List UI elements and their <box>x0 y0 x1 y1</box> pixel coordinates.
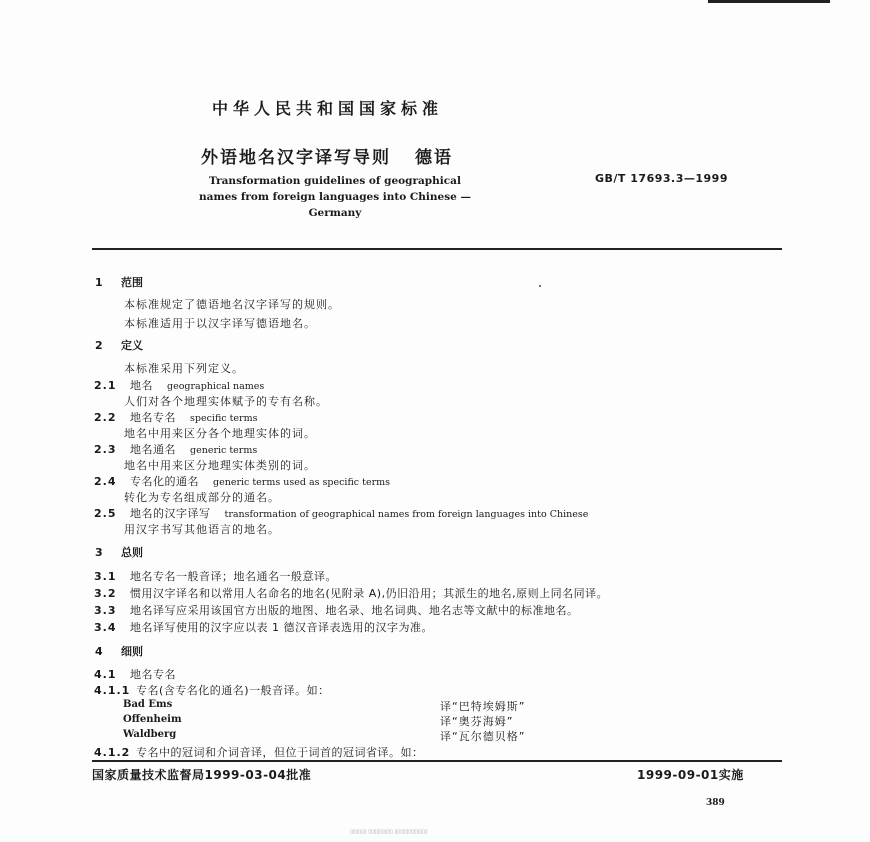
rule-4-1-2: 4.1.2专名中的冠词和介词音译，但位于词首的冠词省译。如： <box>94 744 424 760</box>
example-german-name: Bad Ems <box>123 699 172 710</box>
example-german-name: Offenheim <box>123 714 182 725</box>
section-1-heading: 1范围 <box>95 274 143 290</box>
title-language: 德语 <box>415 148 453 168</box>
definition-text: 人们对各个地理实体赋予的专有名称。 <box>124 393 328 409</box>
example-german-name: Waldberg <box>123 729 176 740</box>
section-4-heading: 4细则 <box>95 643 143 659</box>
implementation-date: 1999-09-01实施 <box>637 766 744 783</box>
definition-term: 2.2地名专名specific terms <box>94 409 257 425</box>
example-chinese-name: 译“瓦尔德贝格” <box>440 728 525 744</box>
definition-text: 地名中用来区分各个地理实体的词。 <box>124 425 316 441</box>
title-main: 外语地名汉字译写导则 <box>201 148 391 168</box>
principle-item: 3.2惯用汉字译名和以常用人名命名的地名(见附录 A),仍旧沿用；其派生的地名,… <box>94 585 608 601</box>
section-1-paragraph: 本标准规定了德语地名汉字译写的规则。 <box>124 296 340 312</box>
scan-speck <box>539 285 541 287</box>
document-title-cn: 外语地名汉字译写导则德语 <box>201 143 453 168</box>
approval-date: 国家质量技术监督局1999-03-04批准 <box>92 766 311 783</box>
example-chinese-name: 译“巴特埃姆斯” <box>440 698 525 714</box>
definition-term: 2.5地名的汉字译写transformation of geographical… <box>94 505 588 521</box>
standard-number: GB/T 17693.3—1999 <box>595 172 728 185</box>
header-divider <box>92 248 782 250</box>
rule-4-1-1: 4.1.1专名(含专名化的通名)一般音译。如： <box>94 682 330 698</box>
document-title-en: Transformation guidelines of geographica… <box>190 173 480 221</box>
principle-item: 3.3地名译写应采用该国官方出版的地图、地名录、地名词典、地名志等文献中的标准地… <box>94 602 579 618</box>
principle-item: 3.4地名译写使用的汉字应以表 1 德汉音译表选用的汉字为准。 <box>94 619 433 635</box>
definition-term: 2.3地名通名generic terms <box>94 441 257 457</box>
subsection-4-1-heading: 4.1地名专名 <box>94 666 176 682</box>
definition-text: 转化为专名组成部分的通名。 <box>124 489 280 505</box>
definition-term: 2.1地名geographical names <box>94 377 264 393</box>
section-3-heading: 3总则 <box>95 544 143 560</box>
principle-item: 3.1地名专名一般音译；地名通名一般意译。 <box>94 568 337 584</box>
national-standard-heading: 中华人民共和国国家标准 <box>212 96 443 119</box>
definition-term: 2.4专名化的通名generic terms used as specific … <box>94 473 390 489</box>
definition-text: 地名中用来区分地理实体类别的词。 <box>124 457 316 473</box>
section-2-heading: 2定义 <box>95 337 143 353</box>
section-1-paragraph: 本标准适用于以汉字译写德语地名。 <box>124 315 316 331</box>
example-chinese-name: 译“奥芬海姆” <box>440 713 513 729</box>
footer-divider <box>92 760 782 762</box>
section-2-intro: 本标准采用下列定义。 <box>124 360 244 376</box>
scan-watermark: ▯▯▯▯▯▯ ▯▯▯▯▯▯▯▯▯ ▯▯▯▯▯▯▯▯▯▯▯▯ <box>350 829 427 835</box>
definition-text: 用汉字书写其他语言的地名。 <box>124 521 280 537</box>
page-number: 389 <box>706 798 725 808</box>
scan-edge-mark <box>708 0 830 3</box>
